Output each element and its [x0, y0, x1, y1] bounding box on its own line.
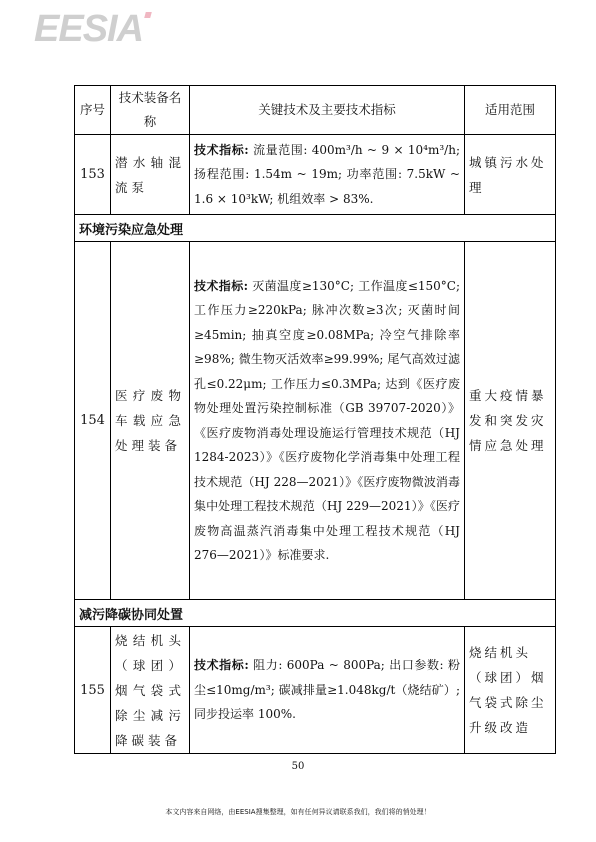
- section-title-text: 环境污染应急处理: [79, 223, 183, 238]
- row-name: 烧结机头（球团）烟气袋式除尘减污降碳装备: [111, 627, 190, 754]
- row-name: 潜水轴混流泵: [111, 135, 190, 215]
- row-index: 154: [75, 242, 111, 600]
- table-row: 154 医疗废物车载应急处理装备 技术指标: 灭菌温度≥130°C; 工作温度≤…: [75, 242, 556, 600]
- row-name: 医疗废物车载应急处理装备: [111, 242, 190, 600]
- section-row: 环境污染应急处理: [75, 215, 556, 242]
- logo-text: EESIA: [34, 8, 143, 50]
- tech-label: 技术指标:: [194, 658, 249, 672]
- footer-disclaimer: 本文内容来自网络，由EESIA搜集整理，如有任何异议请联系我们，我们将的悄处理！: [0, 807, 596, 817]
- table-header-row: 序号 技术装备名称 关键技术及主要技术指标 适用范围: [75, 86, 556, 135]
- row-scope: 城镇污水处理: [465, 135, 556, 215]
- tech-label: 技术指标:: [194, 143, 249, 157]
- section-title-text: 减污降碳协同处置: [79, 608, 183, 623]
- header-index: 序号: [75, 86, 111, 135]
- page-number: 50: [0, 761, 596, 772]
- row-tech: 技术指标: 灭菌温度≥130°C; 工作温度≤150°C; 工作压力≥220kP…: [190, 242, 465, 600]
- tech-label: 技术指标:: [194, 279, 248, 293]
- header-name: 技术装备名称: [111, 86, 190, 135]
- row-index: 153: [75, 135, 111, 215]
- row-index: 155: [75, 627, 111, 754]
- row-scope: 烧结机头（球团）烟气袋式除尘升级改造: [465, 627, 556, 754]
- header-tech: 关键技术及主要技术指标: [190, 86, 465, 135]
- row-scope: 重大疫情暴发和突发灾情应急处理: [465, 242, 556, 600]
- section-row: 减污降碳协同处置: [75, 600, 556, 627]
- row-tech: 技术指标: 流量范围: 400m³/h ~ 9 × 10⁴m³/h; 扬程范围:…: [190, 135, 465, 215]
- table-row: 155 烧结机头（球团）烟气袋式除尘减污降碳装备 技术指标: 阻力: 600Pa…: [75, 627, 556, 754]
- header-scope: 适用范围: [465, 86, 556, 135]
- section-title: 减污降碳协同处置: [75, 600, 556, 627]
- logo-accent-icon: [144, 12, 152, 18]
- table-row: 153 潜水轴混流泵 技术指标: 流量范围: 400m³/h ~ 9 × 10⁴…: [75, 135, 556, 215]
- tech-text: 灭菌温度≥130°C; 工作温度≤150°C; 工作压力≥220kPa; 脉冲次…: [194, 279, 460, 563]
- eesia-logo: EESIA: [34, 8, 143, 51]
- row-tech: 技术指标: 阻力: 600Pa ~ 800Pa; 出口参数: 粉尘≤10mg/m…: [190, 627, 465, 754]
- equipment-spec-table: 序号 技术装备名称 关键技术及主要技术指标 适用范围 153 潜水轴混流泵 技术…: [74, 85, 556, 754]
- section-title: 环境污染应急处理: [75, 215, 556, 242]
